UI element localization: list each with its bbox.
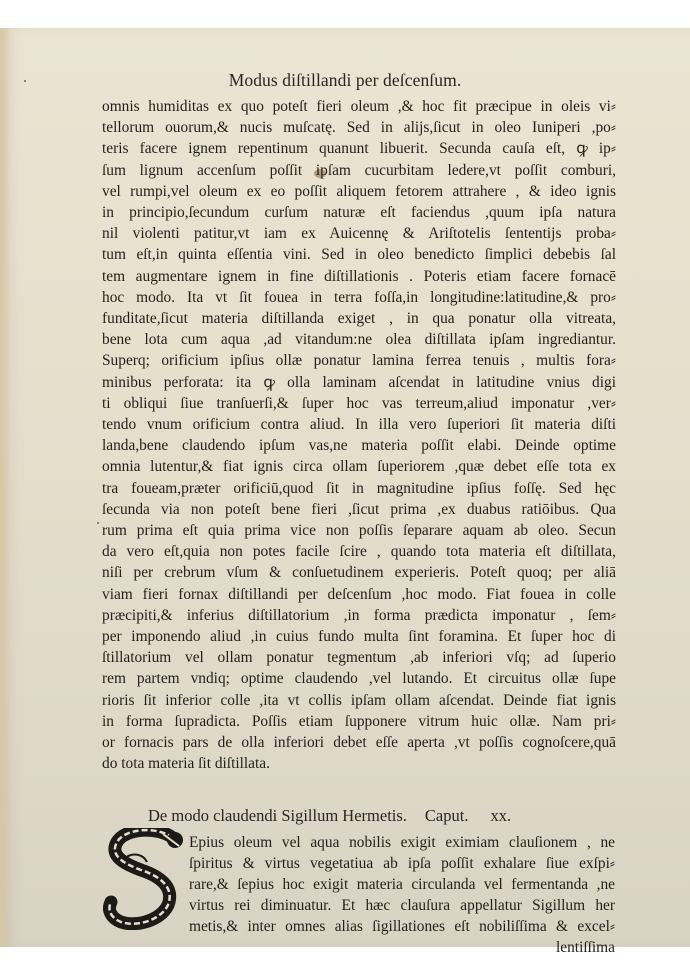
caput-label: Caput. [425, 806, 469, 825]
text-line: in principio,ſecundum curſum naturæ eſt … [102, 202, 616, 223]
text-line: tellorum ouorum,& nucis muſcatę. Sed in … [102, 117, 616, 138]
chapter-heading: De modo claudendi Sigillum Hermetis.Capu… [148, 806, 511, 826]
body-text-block: omnis humiditas ex quo poteſt fieri oleu… [102, 96, 616, 775]
text-line: viam fieri fornax diſtillandi per deſcen… [102, 584, 616, 605]
text-line: rare,& ſepius hoc exigit materia circula… [189, 874, 615, 895]
book-page: Modus diſtillandi per deſcenſum. omnis h… [0, 28, 690, 947]
text-line: præcipiti,& inferius diſtillatorium ,in … [102, 605, 616, 626]
text-line: ſum lignum accenſum poſſit ipſam cucurbi… [102, 160, 616, 181]
text-line: landa,bene claudendo ipſum vas,ne materi… [102, 435, 616, 456]
text-line: omnia lutentur,& fiat ignis circa ollam … [102, 456, 616, 477]
chapter-title: De modo claudendi Sigillum Hermetis. [148, 806, 407, 825]
text-line: Epius oleum vel aqua nobilis exigit exim… [189, 832, 615, 853]
text-line: ſpiritus & virtus vegetatiua ab ipſa poſ… [189, 853, 615, 874]
text-line: rioris ſit inferior colle ,ita vt collis… [102, 690, 616, 711]
text-line: nil violenti patitur,vt iam ex Auicennę … [102, 223, 616, 244]
text-line: in forma ſupradicta. Poſſis etiam ſuppon… [102, 711, 616, 732]
text-line: hoc modo. Ita vt ſit fouea in terra foſſ… [102, 287, 616, 308]
text-line: minibus perforata: ita ꝙ olla laminam aſ… [102, 372, 616, 393]
text-line: do tota materia ſit diſtillata. [102, 753, 616, 774]
text-line: ſecunda via non poteſt bene fieri ,ſicut… [102, 499, 616, 520]
text-line: tra foueam,præter orificiū,quod ſit in m… [102, 478, 616, 499]
text-line: tendo vnum orificium contra aliud. In il… [102, 414, 616, 435]
text-line: omnis humiditas ex quo poteſt fieri oleu… [102, 96, 616, 117]
running-head: Modus diſtillandi per deſcenſum. [0, 70, 690, 91]
text-line: Superq; orificium ipſius ollæ ponatur la… [102, 350, 616, 371]
text-line: teris facere ignem repentinum quanunt li… [102, 138, 616, 159]
text-line: or fornacis pars de olla inferiori debet… [102, 732, 616, 753]
serpent-initial-icon [103, 828, 183, 930]
chapter-text-block: Epius oleum vel aqua nobilis exigit exim… [189, 832, 615, 958]
text-line: tum eſt,in quinta eſſentia vini. Sed in … [102, 244, 616, 265]
binding-gutter [0, 28, 10, 947]
text-line: rum prima eſt quia prima vice non poſſis… [102, 520, 616, 541]
text-line: tem augmentare ignem in fine diſtillatio… [102, 266, 616, 287]
text-line: virtus rei diminuatur. Et hæc clauſura a… [189, 895, 615, 916]
text-line: rem partem vndiq; optime claudendo ,vel … [102, 668, 616, 689]
paper-speck [97, 522, 99, 524]
text-line: bene lota cum aqua ,ad vitandum:ne olea … [102, 329, 616, 350]
text-line: funditate,ſicut materia diſtillanda exig… [102, 308, 616, 329]
text-line: per imponendo aliud ,in cuius fundo mult… [102, 626, 616, 647]
text-line: ti obliqui ſiue tranſuerſi,& ſuper hoc v… [102, 393, 616, 414]
text-line: vel rumpi,vel oleum ex eo poſſit aliquem… [102, 181, 616, 202]
text-line: niſi per crebrum vſum & conſuetudinem ex… [102, 562, 616, 583]
text-line: da vero eſt,quia non potes facile ſcire … [102, 541, 616, 562]
text-line: ſtillatorium vel ollam ponatur tegmentum… [102, 647, 616, 668]
catchword: lentiſſima [189, 937, 615, 958]
text-line: metis,& inter omnes alias ſigillationes … [189, 916, 615, 937]
caput-number: xx. [490, 806, 511, 825]
